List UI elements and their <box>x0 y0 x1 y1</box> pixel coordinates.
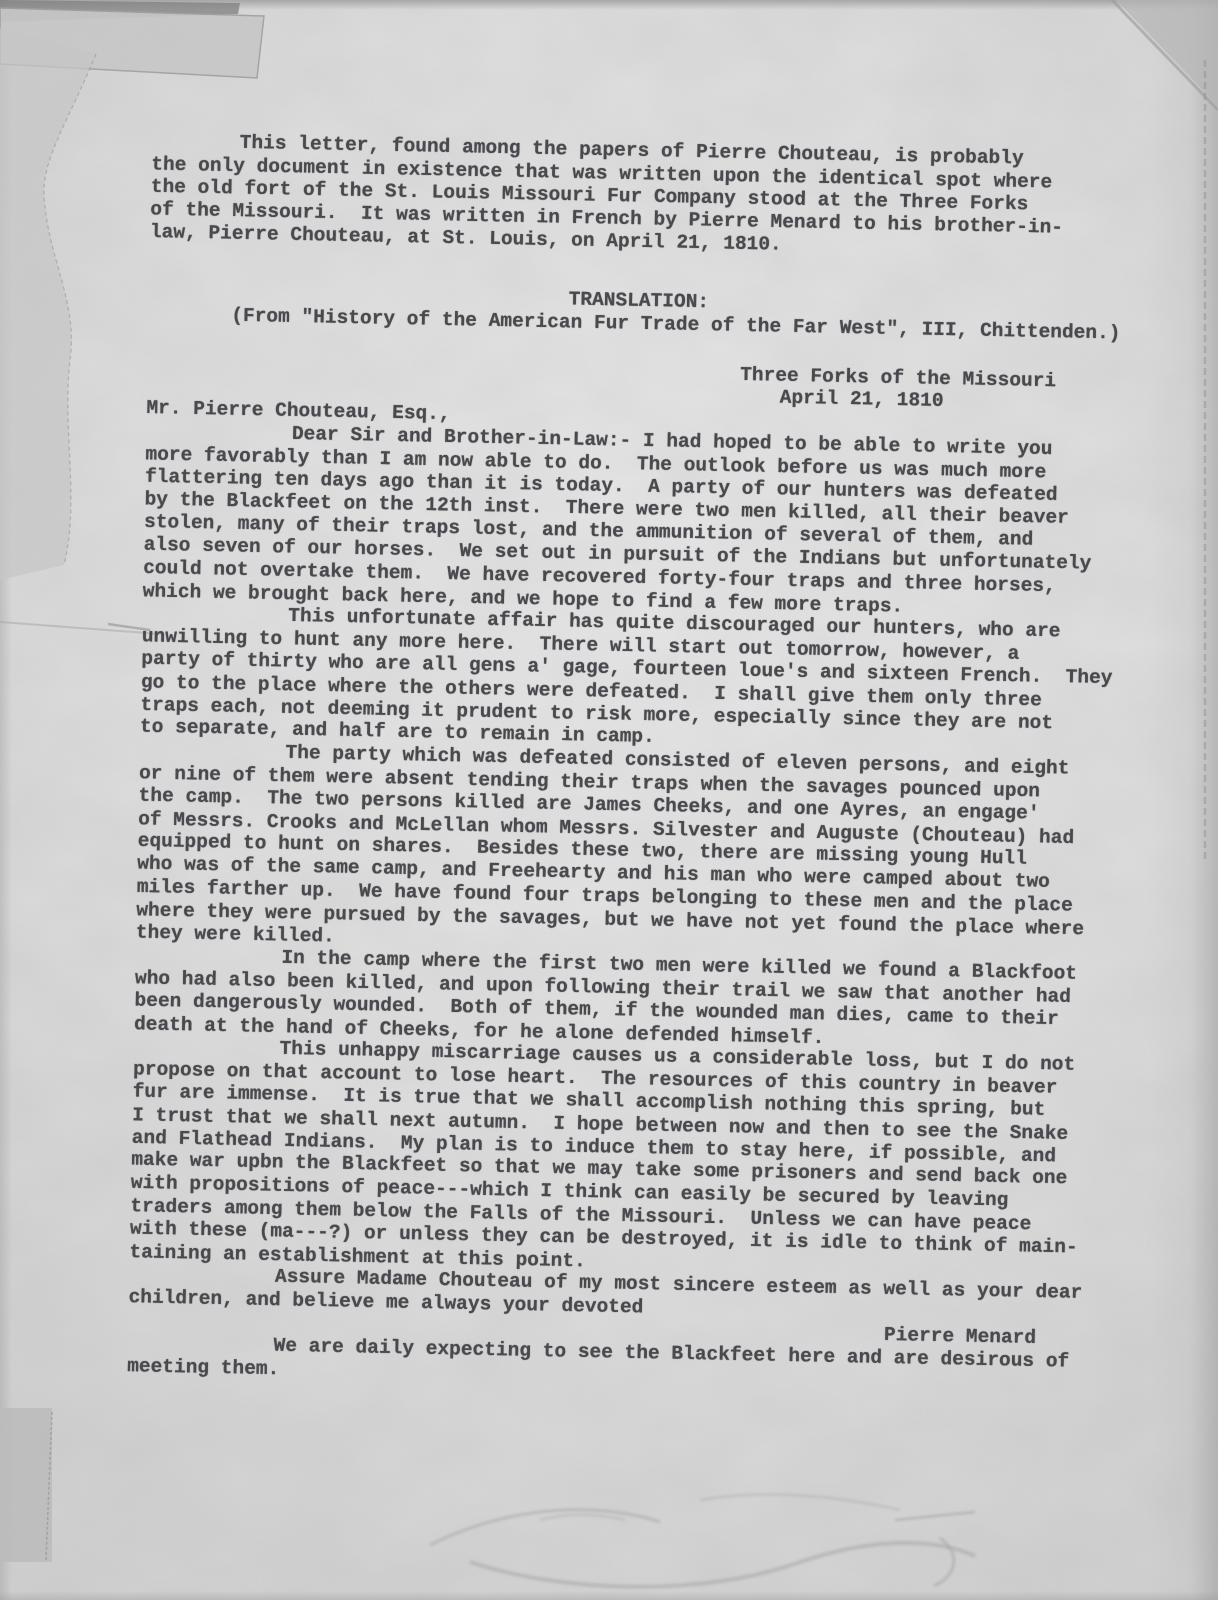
tape-left-torn <box>0 28 96 580</box>
paragraph-1: Dear Sir and Brother-in-Law:- I had hope… <box>143 420 1166 623</box>
paragraph-2: This unfortunate affair has quite discou… <box>140 602 1163 759</box>
pencil-smudges <box>430 1495 975 1587</box>
torn-edge-line <box>44 54 96 565</box>
left-crease <box>0 622 160 634</box>
intro-paragraph: This letter, found among the papers of P… <box>150 130 1172 264</box>
tape-bottom-left-edge <box>46 1412 52 1560</box>
scanner-edge-bottom <box>0 1591 1218 1600</box>
tape-top-left <box>0 8 264 78</box>
paragraph-5: This unhappy miscarriage causes us a con… <box>129 1035 1153 1283</box>
scanner-edge-top <box>0 0 1218 10</box>
paragraph-3: The party which was defeated consisted o… <box>136 739 1160 965</box>
letter-body: This letter, found among the papers of P… <box>127 130 1172 1398</box>
scanned-letter-page: This letter, found among the papers of P… <box>0 0 1218 1600</box>
scanner-edge-left <box>0 0 12 1600</box>
